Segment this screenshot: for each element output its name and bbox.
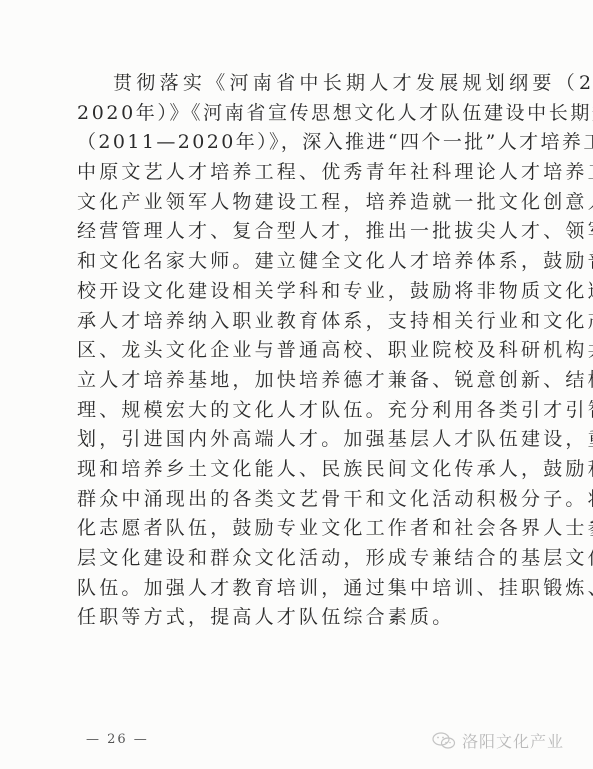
text-line: 理、规模宏大的文化人才队伍。充分利用各类引才引智计	[77, 396, 523, 426]
wechat-icon	[432, 732, 456, 750]
text-line: 2020年）》《河南省宣传思想文化人才队伍建设中长期规划	[77, 99, 523, 129]
text-line: 划，引进国内外高端人才。加强基层人才队伍建设，重视发	[77, 425, 523, 455]
document-page: 贯彻落实《河南省中长期人才发展规划纲要（2010— 2020年）》《河南省宣传思…	[0, 0, 593, 769]
text-line: 贯彻落实《河南省中长期人才发展规划纲要（2010—	[77, 69, 523, 99]
text-line: 经营管理人才、复合型人才，推出一批拔尖人才、领军人物	[77, 217, 523, 247]
watermark-text: 洛阳文化产业	[462, 729, 564, 752]
text-line: 任职等方式，提高人才队伍综合素质。	[77, 603, 523, 633]
text-line: 承人才培养纳入职业教育体系，支持相关行业和文化产业园	[77, 307, 523, 337]
text-line: 文化产业领军人物建设工程，培养造就一批文化创意人才、	[77, 188, 523, 218]
text-line: 层文化建设和群众文化活动，形成专兼结合的基层文化工作	[77, 544, 523, 574]
text-line: 群众中涌现出的各类文艺骨干和文化活动积极分子。壮大文	[77, 485, 523, 515]
text-line: 队伍。加强人才教育培训，通过集中培训、挂职锻炼、交流	[77, 574, 523, 604]
text-line: 区、龙头文化企业与普通高校、职业院校及科研机构共同建	[77, 336, 523, 366]
text-line: 中原文艺人才培养工程、优秀青年社科理论人才培养工程、	[77, 158, 523, 188]
text-line: 现和培养乡土文化能人、民族民间文化传承人，鼓励和扶持	[77, 455, 523, 485]
text-line: 化志愿者队伍，鼓励专业文化工作者和社会各界人士参与基	[77, 514, 523, 544]
paragraph: 贯彻落实《河南省中长期人才发展规划纲要（2010— 2020年）》《河南省宣传思…	[77, 69, 523, 633]
watermark: 洛阳文化产业	[432, 729, 564, 752]
text-line: 校开设文化建设相关学科和专业，鼓励将非物质文化遗产传	[77, 277, 523, 307]
page-number: — 26 —	[86, 732, 149, 747]
text-line: 和文化名家大师。建立健全文化人才培养体系，鼓励普通高	[77, 247, 523, 277]
text-line: 立人才培养基地，加快培养德才兼备、锐意创新、结构合	[77, 366, 523, 396]
text-line: （2011—2020年）》，深入推进“四个一批”人才培养工程、	[77, 128, 523, 158]
